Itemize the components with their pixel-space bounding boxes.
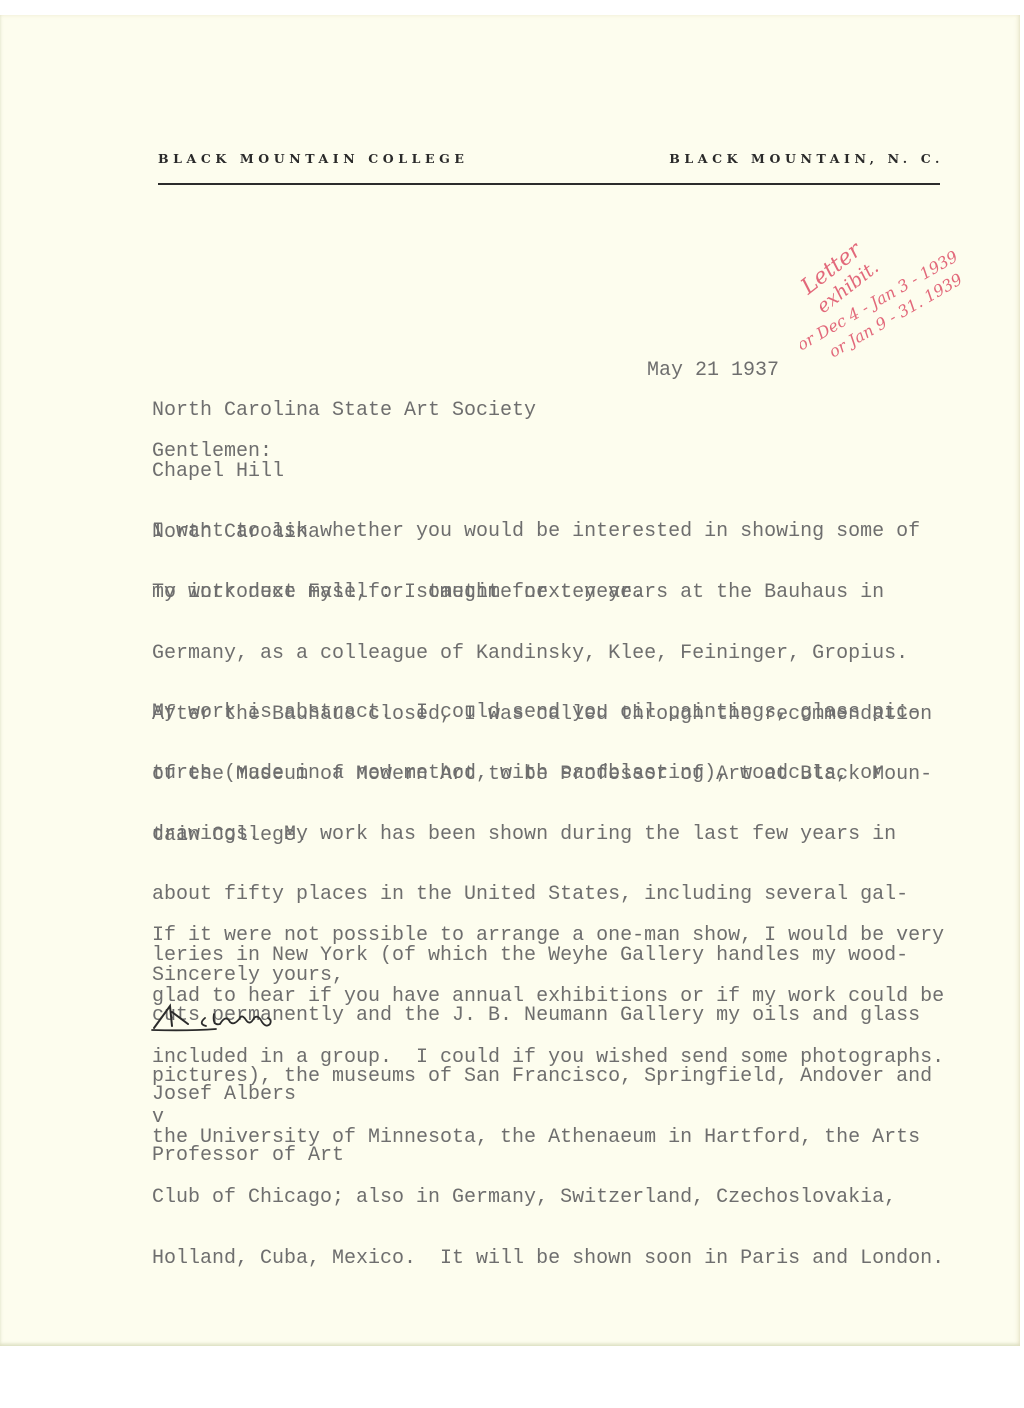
letter-page: BLACK MOUNTAIN COLLEGE BLACK MOUNTAIN, N… (0, 15, 1020, 1346)
signer-title: Professor of Art (152, 1146, 344, 1166)
text-line: If it were not possible to arrange a one… (152, 926, 944, 946)
text-line: To introduce myself: I taught for ten ye… (152, 583, 932, 603)
signer-name: Josef Albers (152, 1085, 344, 1105)
text-line: drawings. My work has been shown during … (152, 825, 944, 845)
text-line: tures (made in a new method, with sandbl… (152, 764, 944, 784)
text-line: My work is abstract. I could send you oi… (152, 703, 944, 723)
text-line: Germany, as a colleague of Kandinsky, Kl… (152, 644, 932, 664)
text-line: I want to ask whether you would be inter… (152, 522, 920, 542)
closing: Sincerely yours, (152, 966, 344, 986)
letterhead-institution: BLACK MOUNTAIN COLLEGE (158, 151, 469, 166)
signer-block: Josef Albers Professor of Art (152, 1045, 344, 1207)
letterhead-location: BLACK MOUNTAIN, N. C. (669, 151, 944, 166)
text-line: Holland, Cuba, Mexico. It will be shown … (152, 1249, 944, 1269)
salutation: Gentlemen: (152, 442, 272, 462)
signature-icon (150, 1000, 330, 1040)
address-line: North Carolina State Art Society (152, 401, 536, 421)
address-line: Chapel Hill (152, 462, 536, 482)
typist-initials: v (152, 1108, 164, 1128)
letter-date: May 21 1937 (647, 361, 779, 381)
handwritten-annotation: Letter exhibit. for Dec 4 - Jan 3 - 1939… (800, 180, 1024, 380)
